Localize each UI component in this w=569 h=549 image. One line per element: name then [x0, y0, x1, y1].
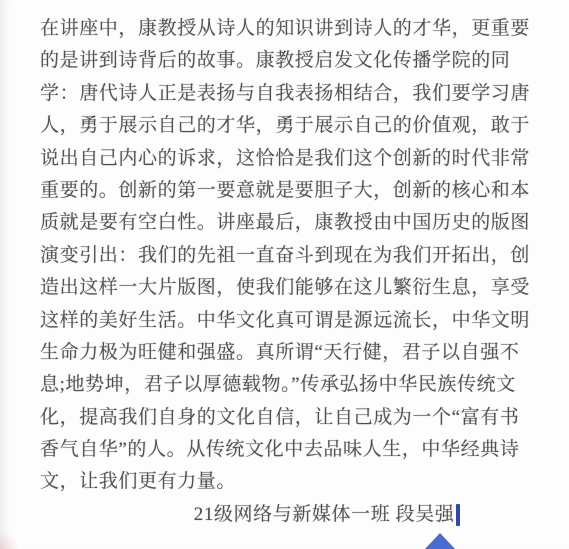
text-line: 说出自己内心的诉求，这恰恰是我们这个创新的时代非常 [40, 143, 540, 175]
text-line: 息;地势坤，君子以厚德载物。”传承弘扬中华民族传统文 [40, 369, 540, 401]
cursor-drag-handle-icon[interactable] [425, 533, 455, 549]
document-page: 在讲座中，康教授从诗人的知识讲到诗人的才华，更重要 的是讲到诗背后的故事。康教授… [0, 0, 569, 549]
text-line: 演变引出：我们的先祖一直奋斗到现在为我们开拓出，创 [40, 240, 540, 272]
signature-line: 21级网络与新媒体一班 段吴强 [40, 499, 540, 531]
text-line: 人，勇于展示自己的才华，勇于展示自己的价值观，敢于 [40, 110, 540, 142]
text-line: 的是讲到诗背后的故事。康教授启发文化传播学院的同 [40, 45, 540, 77]
text-line: 文，让我们更有力量。 [40, 466, 540, 498]
text-line: 生命力极为旺健和强盛。真所谓“天行健，君子以自强不 [40, 337, 540, 369]
text-cursor-icon [456, 504, 461, 526]
text-line: 质就是要有空白性。讲座最后，康教授由中国历史的版图 [40, 207, 540, 239]
text-line: 造出这样一大片版图，使我们能够在这儿繁衍生息，享受 [40, 272, 540, 304]
photo-edge-smudge [0, 531, 20, 549]
text-line: 学：唐代诗人正是表扬与自我表扬相结合，我们要学习唐 [40, 78, 540, 110]
text-line: 香气自华”的人。从传统文化中去品味人生，中华经典诗 [40, 434, 540, 466]
signature-text: 21级网络与新媒体一班 段吴强 [194, 499, 455, 531]
text-line: 化，提高我们自身的文化自信，让自己成为一个“富有书 [40, 402, 540, 434]
essay-body: 在讲座中，康教授从诗人的知识讲到诗人的才华，更重要 的是讲到诗背后的故事。康教授… [40, 13, 540, 531]
text-line: 重要的。创新的第一要意就是要胆子大，创新的核心和本 [40, 175, 540, 207]
text-line: 这样的美好生活。中华文化真可谓是源远流长，中华文明 [40, 305, 540, 337]
text-line: 在讲座中，康教授从诗人的知识讲到诗人的才华，更重要 [40, 13, 540, 45]
